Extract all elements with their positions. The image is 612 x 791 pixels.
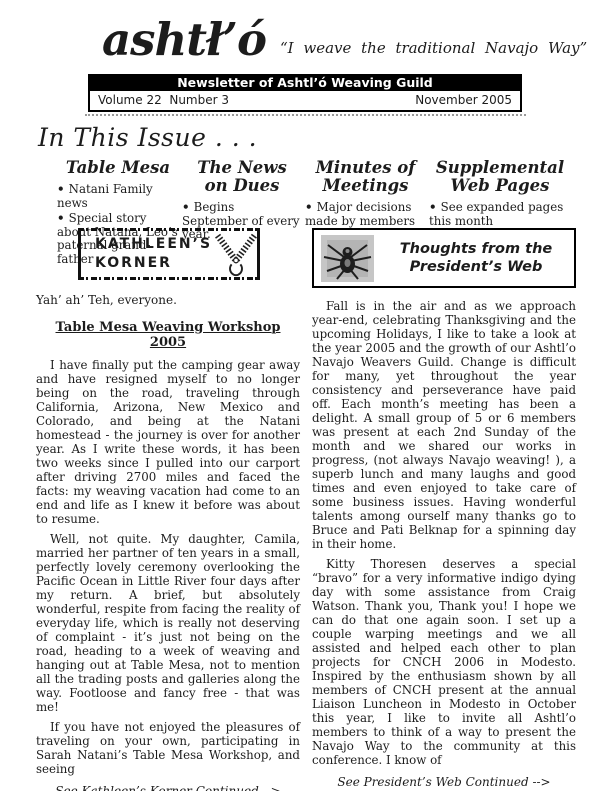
presidents-web-continued: See President’s Web Continued --> <box>312 775 576 789</box>
toc-column-title: Table Mesa <box>57 159 179 177</box>
squash-blossom-necklace-icon <box>212 231 260 277</box>
presidents-web-column: Thoughts from the President’s Web Fall i… <box>312 228 576 791</box>
toc-heading: In This Issue . . . <box>38 124 612 152</box>
spider-icon <box>321 235 374 282</box>
toc-column-title: Supplemental Web Pages <box>429 159 571 195</box>
kathleens-korner-column: KATHLEEN’S KORNER Yah’ ah’ Teh, everyone… <box>36 228 300 791</box>
masthead-banner: Newsletter of Ashtl’ó Weaving Guild <box>88 74 522 91</box>
kathleens-korner-body: I have finally put the camping gear away… <box>36 358 300 776</box>
newsletter-logo: ashtł’ó <box>102 10 266 70</box>
body-paragraph: If you have not enjoyed the pleasures of… <box>36 720 300 776</box>
kathleens-korner-continued: See Kathleen’s Korner Continued --> <box>36 784 300 791</box>
article-columns: KATHLEEN’S KORNER Yah’ ah’ Teh, everyone… <box>36 228 576 791</box>
body-paragraph: Fall is in the air and as we approach ye… <box>312 299 576 551</box>
presidents-web-body: Fall is in the air and as we approach ye… <box>312 299 576 767</box>
newsletter-page: ashtł’ó “I weave the traditional Navajo … <box>0 0 612 791</box>
toc-column-items: See expanded pages this month <box>429 201 571 228</box>
masthead-logo-row: ashtł’ó “I weave the traditional Navajo … <box>0 0 612 74</box>
article-title: Table Mesa Weaving Workshop 2005 <box>36 320 300 350</box>
toc-bullet-item: Natani Family news <box>57 183 179 210</box>
volume-number: Volume 22 Number 3 <box>98 92 229 108</box>
volume-row: Volume 22 Number 3 November 2005 <box>88 91 522 112</box>
toc-bullet-item: Major decisions made by members <box>305 201 426 228</box>
greeting-text: Yah’ ah’ Teh, everyone. <box>36 293 300 307</box>
toc-bullet-item: See expanded pages this month <box>429 201 571 228</box>
toc-column-title: The News on Dues <box>182 159 302 195</box>
kathleens-korner-box-title: KATHLEEN’S KORNER <box>95 235 212 273</box>
presidents-web-box-title: Thoughts from the President’s Web <box>384 240 568 276</box>
kathleens-korner-box: KATHLEEN’S KORNER <box>78 228 260 280</box>
body-paragraph: I have finally put the camping gear away… <box>36 358 300 526</box>
issue-date: November 2005 <box>415 92 512 108</box>
toc-column-title: Minutes of Meetings <box>305 159 426 195</box>
body-paragraph: Well, not quite. My daughter, Camila, ma… <box>36 532 300 714</box>
body-paragraph: Kitty Thoresen deserves a special “bravo… <box>312 557 576 767</box>
presidents-web-box: Thoughts from the President’s Web <box>312 228 576 288</box>
masthead-tagline: “I weave the traditional Navajo Way” <box>280 39 587 57</box>
masthead: ashtł’ó “I weave the traditional Navajo … <box>0 0 612 116</box>
toc-column-items: Major decisions made by members <box>305 201 426 228</box>
masthead-divider <box>85 114 526 116</box>
